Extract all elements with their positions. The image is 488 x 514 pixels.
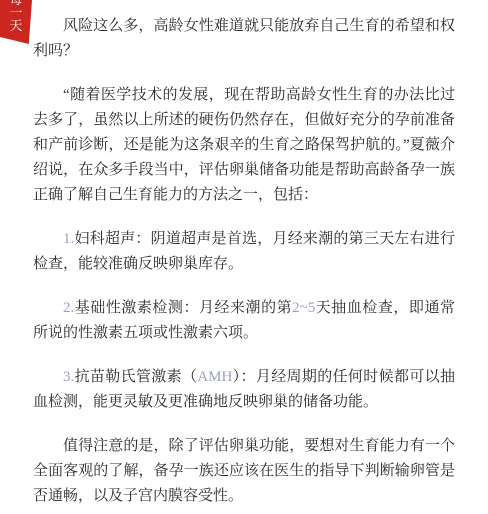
list-number-2: 2. bbox=[63, 300, 74, 316]
paragraph-quote-intro: “随着医学技术的发展，现在帮助高龄女性生育的办法比过去多了，虽然以上所述的硬伤仍… bbox=[33, 83, 455, 208]
list-item-3-latin: AMH bbox=[197, 369, 232, 385]
ribbon-char-bottom: 天 bbox=[0, 19, 32, 32]
corner-ribbon-tab: 每 一 天 bbox=[0, 0, 32, 44]
list-item-2-latin: 2~5 bbox=[292, 300, 315, 316]
list-item-3-text: 抗苗勒氏管激素（ bbox=[74, 369, 197, 385]
list-item-1: 1.妇科超声：阴道超声是首选，月经来潮的第三天左右进行检查，能较准确反映卵巢库存… bbox=[33, 227, 455, 277]
list-item-3: 3.抗苗勒氏管激素（AMH）：月经周期的任何时候都可以抽血检测，能更灵敏及更准确… bbox=[33, 365, 455, 415]
list-item-1-text: 妇科超声：阴道超声是首选，月经来潮的第三天左右进行检查，能较准确反映卵巢库存。 bbox=[33, 231, 455, 272]
paragraph-closing: 值得注意的是，除了评估卵巢功能，要想对生育能力有一个全面客观的了解，备孕一族还应… bbox=[33, 434, 455, 509]
paragraph-question: 风险这么多，高龄女性难道就只能放弃自己生育的希望和权利吗？ bbox=[33, 14, 455, 64]
list-number-3: 3. bbox=[63, 369, 74, 385]
list-item-2: 2.基础性激素检测：月经来潮的第2~5天抽血检查，即通常所说的性激素五项或性激素… bbox=[33, 296, 455, 346]
list-item-2-text: 基础性激素检测：月经来潮的第 bbox=[74, 300, 292, 316]
article-body: 风险这么多，高龄女性难道就只能放弃自己生育的希望和权利吗？ “随着医学技术的发展… bbox=[33, 14, 455, 509]
ribbon-label: 每 一 天 bbox=[0, 0, 32, 32]
list-number-1: 1. bbox=[63, 231, 74, 247]
